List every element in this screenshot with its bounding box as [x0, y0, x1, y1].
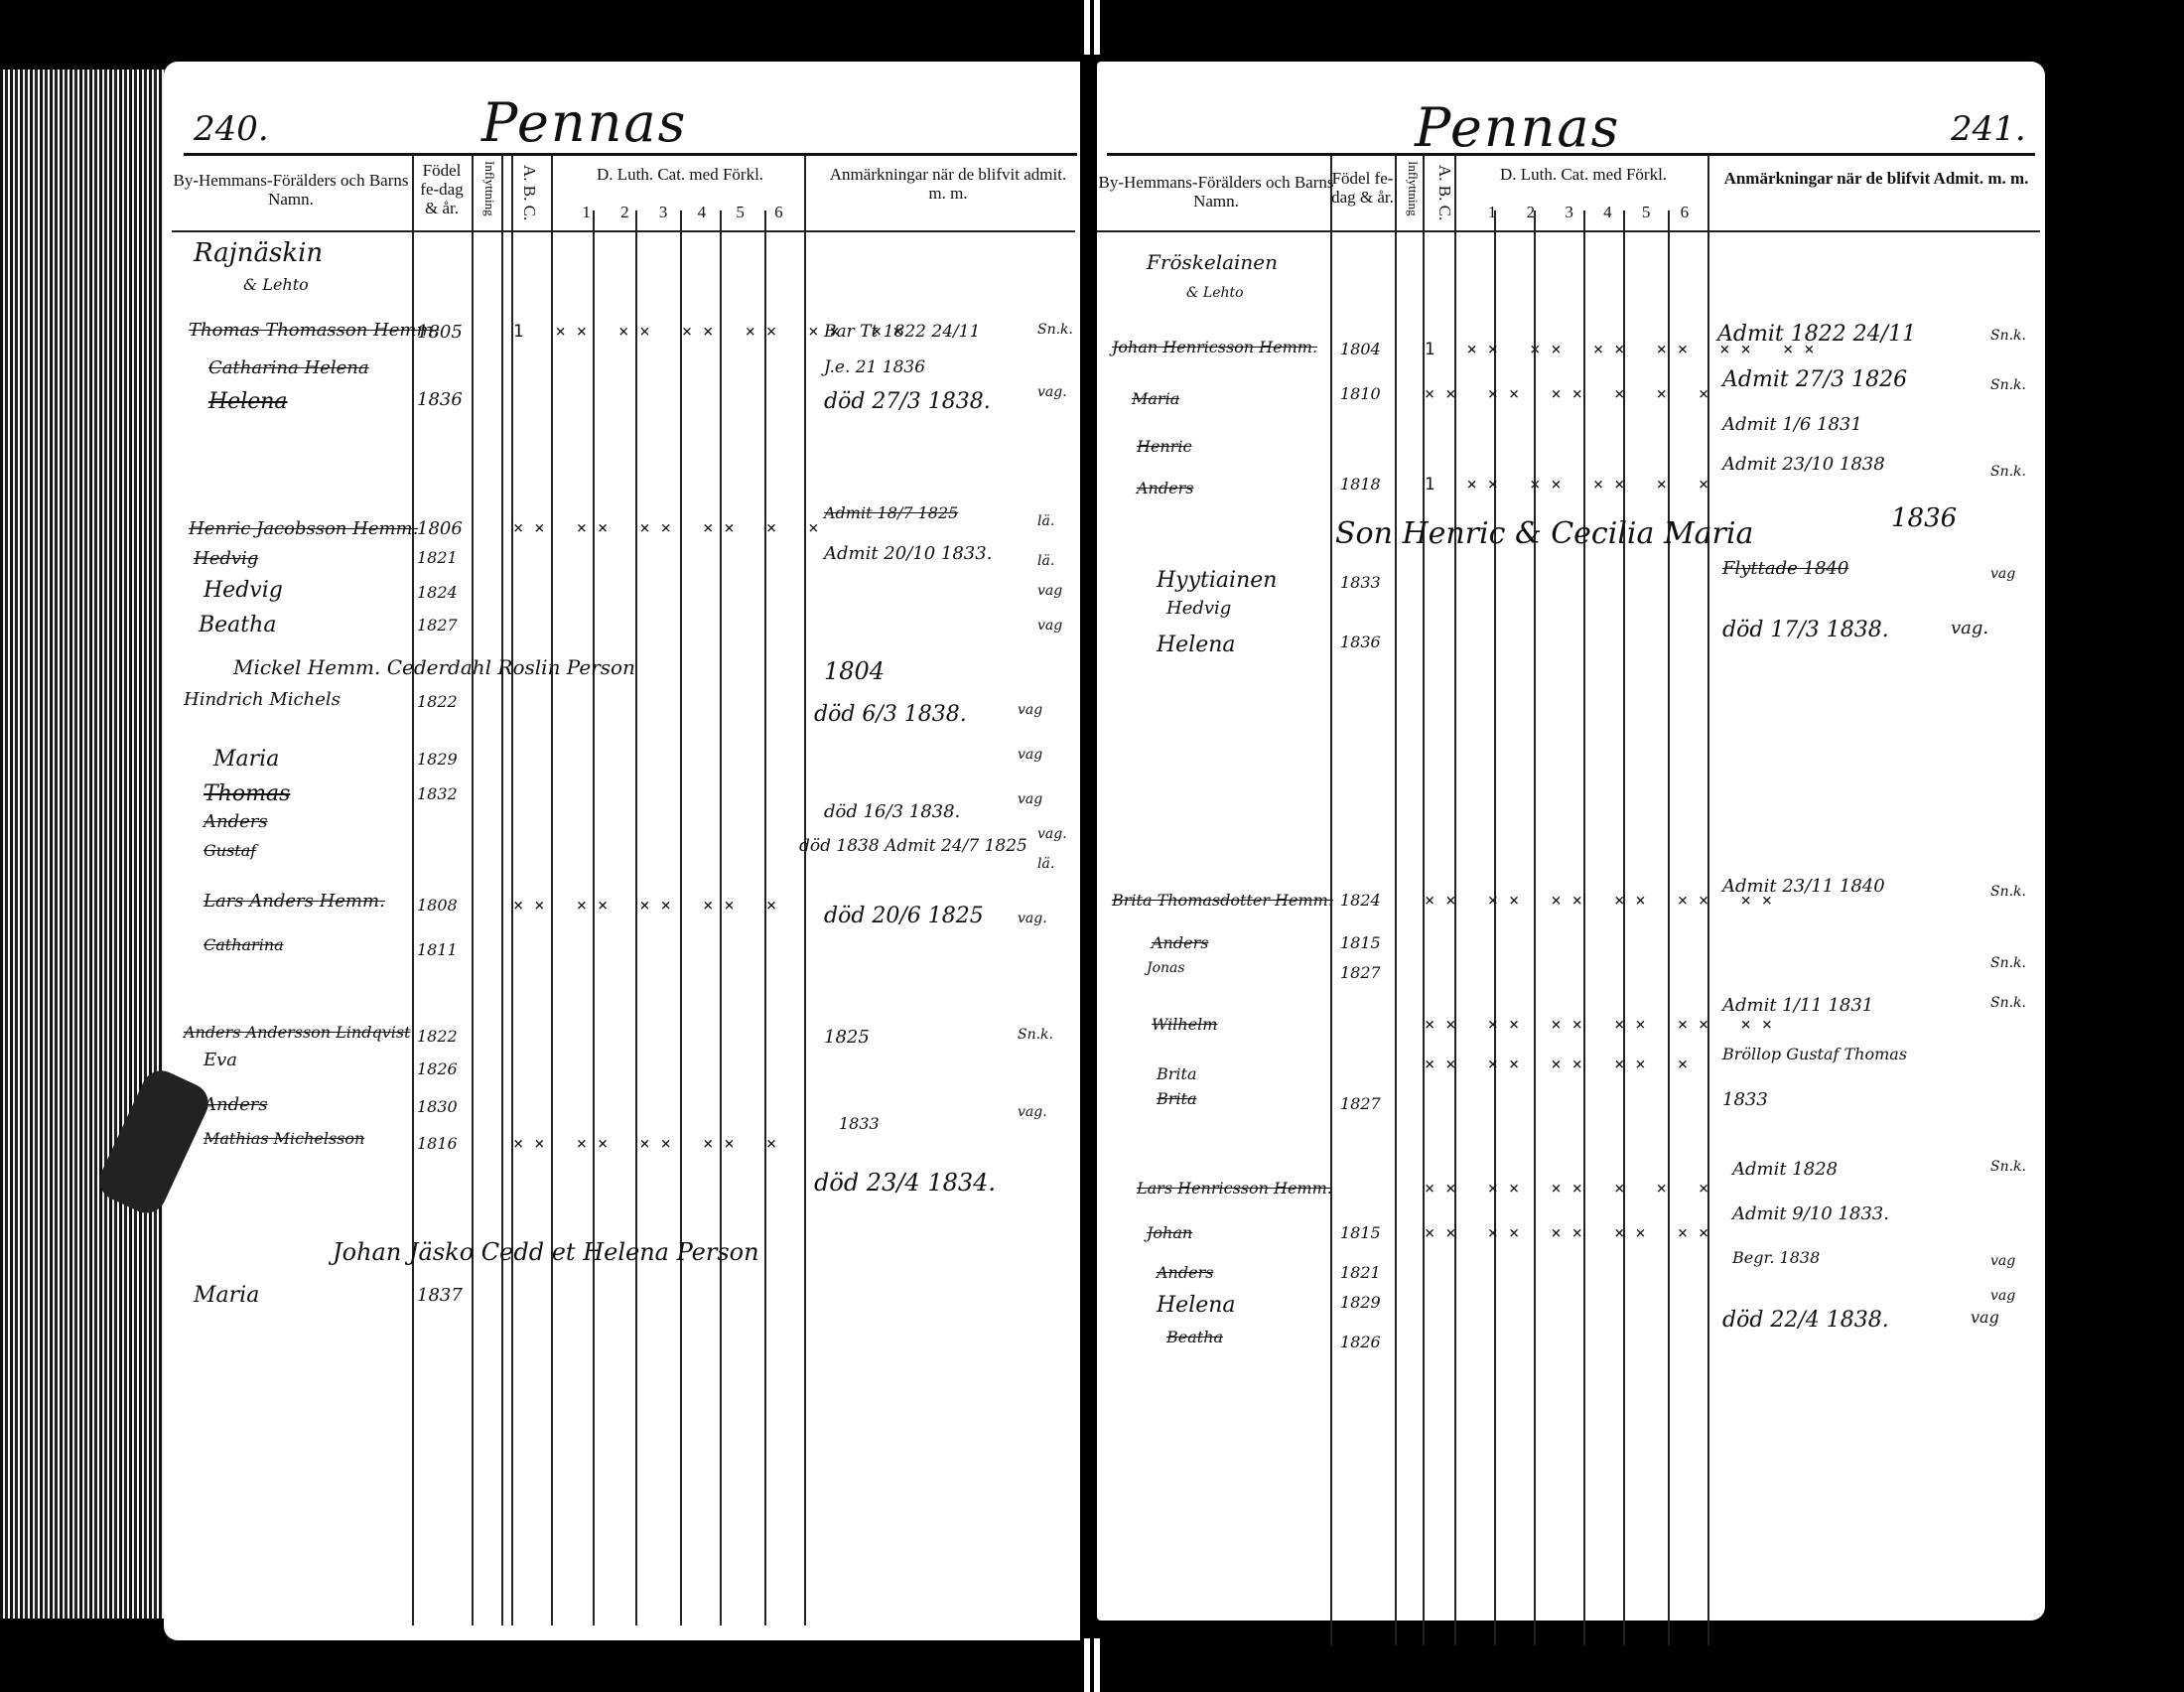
- col-luth-header: D. Luth. Cat. med Förkl.: [1459, 165, 1707, 184]
- book-page-edges: [0, 70, 179, 1619]
- col-names-header: By-Hemmans-Förälders och Barns Namn.: [1097, 173, 1335, 211]
- col-birth-header: Födel fe-dag & år.: [412, 161, 472, 217]
- header-rule: [1107, 153, 2035, 156]
- left-page: 240. Pennas By-Hemmans-Förälders och Bar…: [164, 62, 1087, 1640]
- page-number: 241.: [1951, 109, 2026, 149]
- col-remarks-header: Anmärkningar när de blifvit admit. m. m.: [819, 165, 1077, 203]
- col-inflyttning-header: Inflyttning: [481, 161, 497, 216]
- header-rule: [184, 153, 1077, 156]
- entry-name: Rajnäskin: [194, 238, 323, 268]
- right-page: Pennas 241. By-Hemmans-Förälders och Bar…: [1097, 62, 2045, 1621]
- col-inflyttning-header: Inflyttning: [1405, 161, 1421, 216]
- col-abc-header: A. B. C.: [519, 165, 539, 220]
- col-birth-header: Födel fe-dag & år.: [1330, 169, 1395, 207]
- col-remarks-header: Anmärkningar när de blifvit Admit. m. m.: [1717, 169, 2035, 188]
- col-abc-header: A. B. C.: [1434, 165, 1454, 220]
- village-name: Pennas: [1415, 96, 1620, 159]
- col-names-header: By-Hemmans-Förälders och Barns Namn.: [172, 171, 410, 209]
- col-luth-numbers: 1 2 3 4 5 6: [1464, 203, 1712, 221]
- col-luth-header: D. Luth. Cat. med Förkl.: [551, 165, 809, 184]
- village-name: Pennas: [481, 91, 687, 154]
- page-number: 240.: [194, 109, 269, 149]
